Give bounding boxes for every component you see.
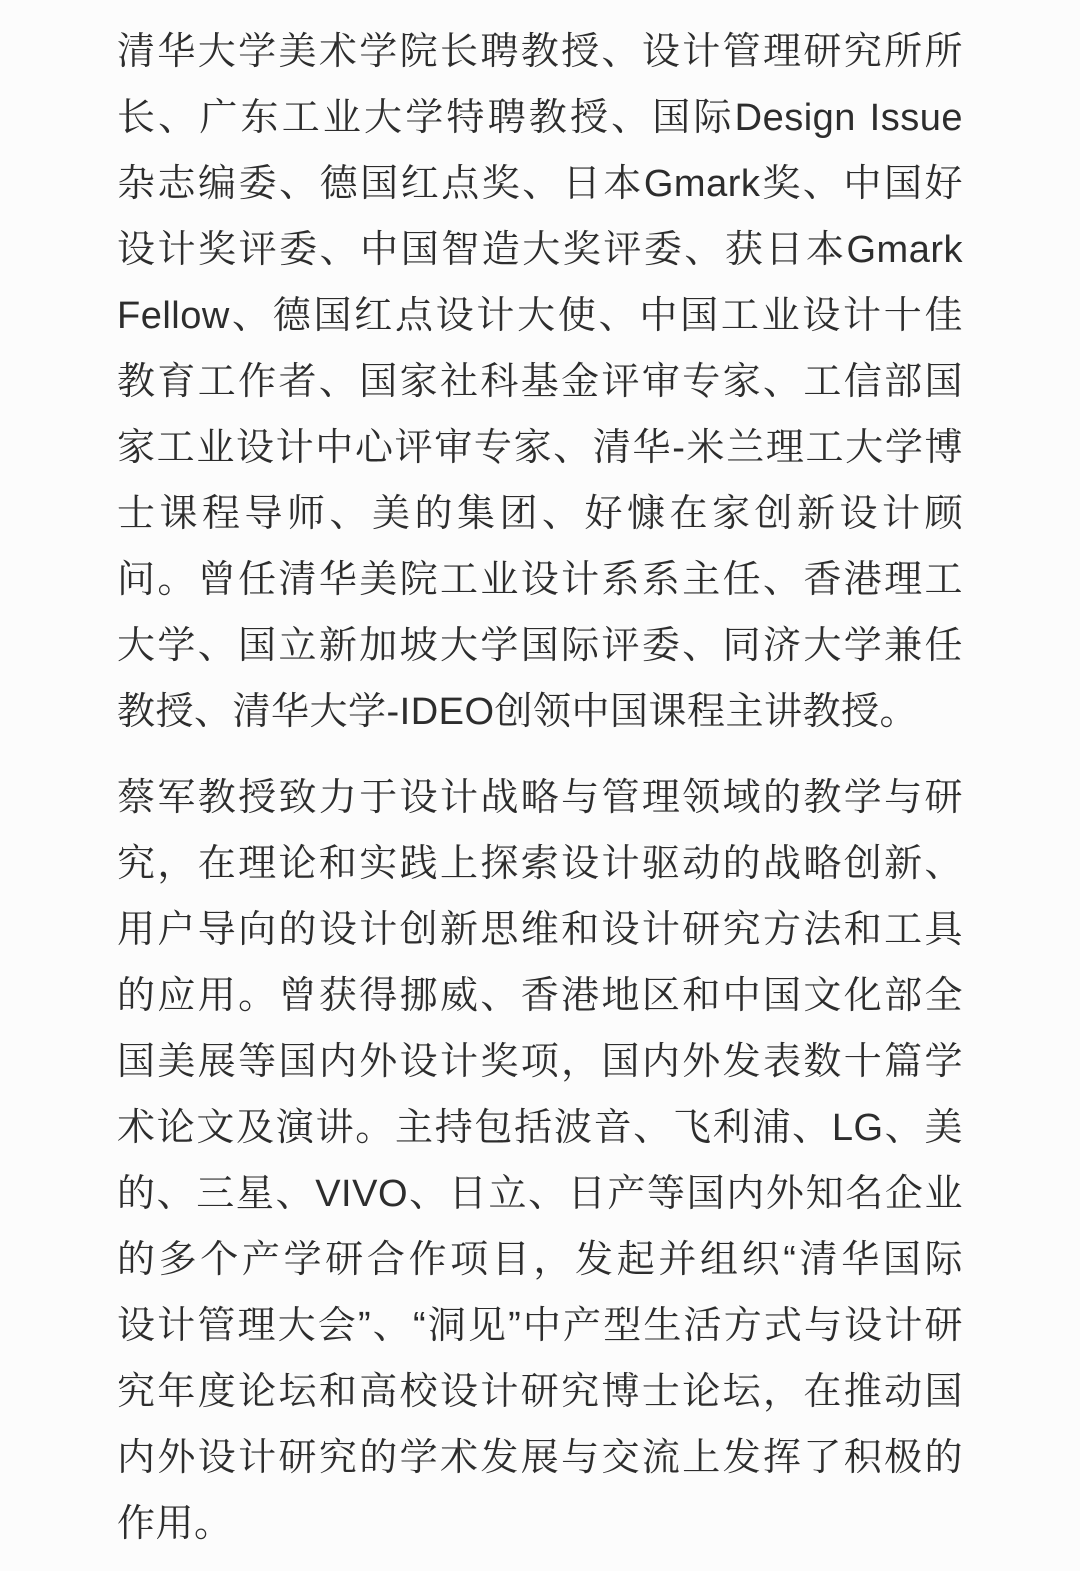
paragraph: 蔡军教授致力于设计战略与管理领域的教学与研究，在理论和实践上探索设计驱动的战略创… xyxy=(117,765,963,1557)
text-line: 家工业设计中心评审专家、清华-米兰理工大学博 xyxy=(117,415,963,481)
paragraphs-container: 清华大学美术学院长聘教授、设计管理研究所所长、广东工业大学特聘教授、国际Desi… xyxy=(117,19,963,1557)
text-line: 清华大学美术学院长聘教授、设计管理研究所所 xyxy=(117,19,963,85)
text-line: 士课程导师、美的集团、好慷在家创新设计顾 xyxy=(117,481,963,547)
text-line: 设计奖评委、中国智造大奖评委、获日本Gmark xyxy=(117,217,963,283)
paragraph: 清华大学美术学院长聘教授、设计管理研究所所长、广东工业大学特聘教授、国际Desi… xyxy=(117,19,963,745)
text-line: 大学、国立新加坡大学国际评委、同济大学兼任 xyxy=(117,613,963,679)
text-line: 教授、清华大学-IDEO创领中国课程主讲教授。 xyxy=(117,679,963,745)
text-line: 教育工作者、国家社科基金评审专家、工信部国 xyxy=(117,349,963,415)
text-line: 内外设计研究的学术发展与交流上发挥了积极的 xyxy=(117,1425,963,1491)
text-line: 的多个产学研合作项目，发起并组织“清华国际 xyxy=(117,1227,963,1293)
text-line: 究年度论坛和高校设计研究博士论坛，在推动国 xyxy=(117,1359,963,1425)
text-line: 国美展等国内外设计奖项，国内外发表数十篇学 xyxy=(117,1029,963,1095)
text-line: 问。曾任清华美院工业设计系系主任、香港理工 xyxy=(117,547,963,613)
text-line: 究，在理论和实践上探索设计驱动的战略创新、 xyxy=(117,831,963,897)
text-line: 的、三星、VIVO、日立、日产等国内外知名企业 xyxy=(117,1161,963,1227)
text-line: 设计管理大会”、“洞见”中产型生活方式与设计研 xyxy=(117,1293,963,1359)
text-line: 杂志编委、德国红点奖、日本Gmark奖、中国好 xyxy=(117,151,963,217)
text-line: 用户导向的设计创新思维和设计研究方法和工具 xyxy=(117,897,963,963)
text-line: Fellow、德国红点设计大使、中国工业设计十佳 xyxy=(117,283,963,349)
article-page: 清华大学美术学院长聘教授、设计管理研究所所长、广东工业大学特聘教授、国际Desi… xyxy=(0,0,1080,1571)
text-line: 蔡军教授致力于设计战略与管理领域的教学与研 xyxy=(117,765,963,831)
text-line: 术论文及演讲。主持包括波音、飞利浦、LG、美 xyxy=(117,1095,963,1161)
text-line: 的应用。曾获得挪威、香港地区和中国文化部全 xyxy=(117,963,963,1029)
text-line: 长、广东工业大学特聘教授、国际Design Issue xyxy=(117,85,963,151)
text-line: 作用。 xyxy=(117,1491,963,1557)
